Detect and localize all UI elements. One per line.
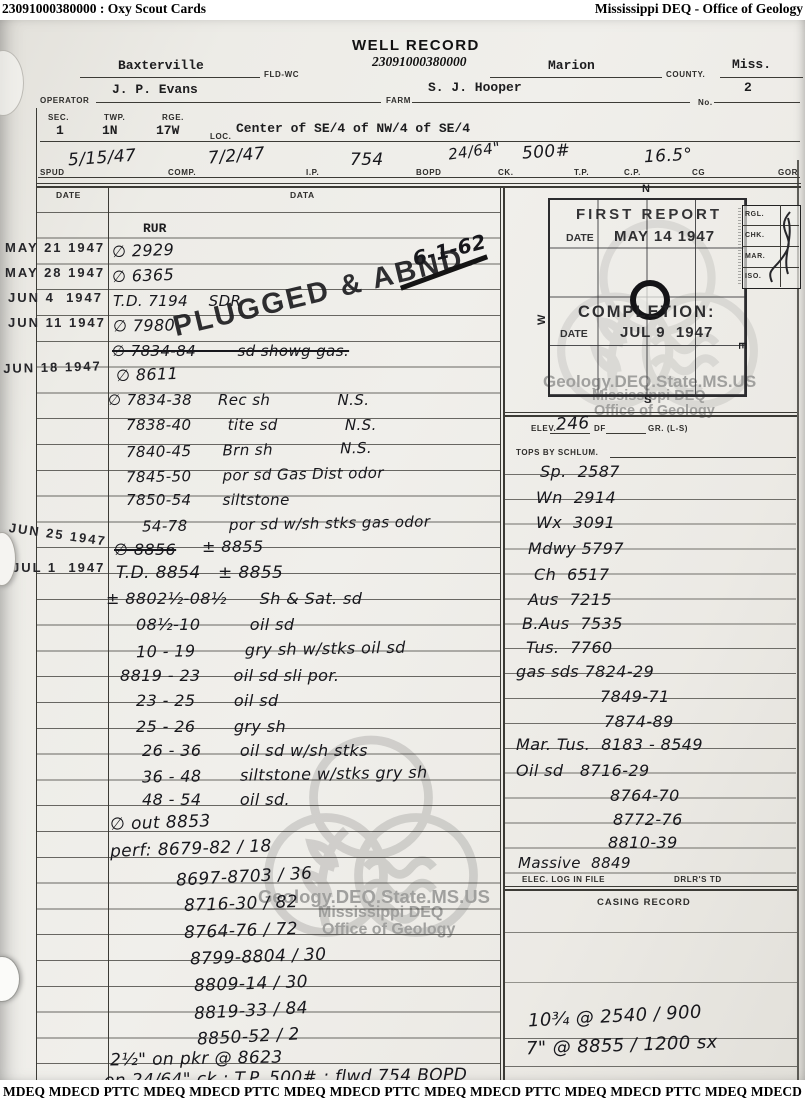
- bopd-value: 24/64": [447, 138, 502, 163]
- table-entry-struck: ∅ 8856: [114, 540, 176, 559]
- date-stamp: MAY 21 1947: [5, 240, 105, 255]
- scanned-well-record-page: 23091000380000 : Oxy Scout Cards Mississ…: [0, 0, 805, 1103]
- footer-token: PTTC: [244, 1084, 280, 1100]
- footer-token: MDEQ: [284, 1084, 326, 1100]
- footer-token: MDEQ: [705, 1084, 747, 1100]
- table-entry: ± 8855: [202, 537, 264, 556]
- drlrs-td-label: DRLR'S TD: [674, 875, 722, 884]
- sec-value: 1: [56, 123, 64, 138]
- no-underline: [714, 102, 800, 103]
- completion-stamp: COMPLETION:: [578, 303, 716, 322]
- table-entry: 2½" on pkr @ 8623: [110, 1047, 283, 1070]
- rge-label: RGE.: [162, 113, 184, 122]
- table-entry: 23 - 25 oil sd: [136, 691, 279, 710]
- scan-header-bar: 23091000380000 : Oxy Scout Cards Mississ…: [0, 0, 805, 20]
- tops-underline: [610, 457, 796, 458]
- gr-label: GR. (L-S): [648, 424, 688, 433]
- elev-section-border-2: [505, 415, 797, 417]
- footer-token: MDEQ: [424, 1084, 466, 1100]
- comp-value: 7/2/47: [207, 144, 266, 169]
- footer-token: MDECD: [49, 1084, 100, 1100]
- elev-section-border-1: [505, 412, 797, 413]
- table-entry: ± 8802½-08½ Sh & Sat. sd: [106, 589, 362, 608]
- spud-value: 5/15/47: [67, 146, 137, 171]
- table-entry: ∅ 7834-38 Rec sh N.S.: [108, 391, 369, 409]
- field-label: FLD-WC: [264, 70, 299, 79]
- state-value: Miss.: [732, 57, 771, 72]
- cp-value: 16.5°: [644, 145, 693, 168]
- completion-date: JUL 9 1947: [620, 324, 713, 341]
- formation-top: 7874-89: [604, 712, 674, 731]
- hole-punch-small: [0, 532, 16, 586]
- well-number: 23091000380000: [372, 54, 467, 70]
- county-label: COUNTY.: [666, 70, 705, 79]
- loc-value: Center of SE/4 of NW/4 of SE/4: [236, 121, 470, 136]
- table-entry: 8819 - 23 oil sd sli por.: [120, 666, 339, 685]
- table-entry: RUR: [143, 221, 166, 236]
- footer-token: PTTC: [525, 1084, 561, 1100]
- formation-top: Mar. Tus. 8183 - 8549: [516, 735, 703, 754]
- first-report-stamp: FIRST REPORT: [576, 206, 722, 223]
- check-box-microtext: [738, 208, 741, 284]
- table-top-border-1: [36, 183, 801, 184]
- footer-token: PTTC: [104, 1084, 140, 1100]
- check-box-signature: [758, 208, 800, 288]
- casing-entry: 7" @ 8855 / 1200 sx: [526, 1032, 718, 1060]
- first-report-date-label: DATE: [566, 232, 594, 244]
- twp-value: 1N: [102, 123, 118, 138]
- page-curl: [0, 50, 24, 116]
- card-title: WELL RECORD: [352, 37, 480, 54]
- formation-top: 7849-71: [600, 687, 670, 706]
- table-entry: ∅ out 8853: [110, 811, 211, 835]
- table-entry: 7838-40 tite sd N.S.: [126, 416, 377, 434]
- field-value: Baxterville: [118, 58, 204, 73]
- footer-token: MDEQ: [3, 1084, 45, 1100]
- hole-punch: [0, 956, 20, 1002]
- cg-label: CG: [692, 168, 705, 177]
- farm-label: FARM: [386, 96, 411, 105]
- elev-value: 246: [555, 413, 590, 435]
- df-label: DF: [594, 424, 606, 433]
- ip-value: 754: [350, 150, 384, 170]
- well-no-label: No.: [698, 98, 713, 107]
- formation-top: Massive 8849: [518, 854, 631, 872]
- field-underline: [80, 77, 260, 78]
- compass-south-label: S: [644, 394, 651, 406]
- table-entry: 08½-10 oil sd: [136, 615, 294, 634]
- footer-token: MDECD: [751, 1084, 802, 1100]
- scan-footer-bar: MDEQ MDECD PTTC MDEQ MDECD PTTC MDEQ MDE…: [0, 1080, 805, 1103]
- sec-label: SEC.: [48, 113, 69, 122]
- formation-top: 8772-76: [613, 810, 683, 829]
- cp-label: C.P.: [624, 168, 641, 177]
- stats-underline: [38, 177, 800, 178]
- footer-token: PTTC: [384, 1084, 420, 1100]
- formation-top: B.Aus 7535: [522, 614, 623, 633]
- bopd-label: BOPD: [416, 168, 442, 177]
- loc-label: LOC.: [210, 132, 232, 141]
- date-stamp: JUL 1 1947: [12, 560, 105, 575]
- date-stamp: JUN 11 1947: [8, 315, 106, 330]
- compass-east-label: E: [736, 342, 748, 349]
- formation-top: Wn 2914: [536, 488, 616, 507]
- tp-label: T.P.: [574, 168, 589, 177]
- df-underline: [606, 433, 646, 434]
- date-stamp: MAY 28 1947: [5, 265, 105, 280]
- table-entry: 7850-54 siltstone: [126, 491, 290, 509]
- table-entry: 25 - 26 gry sh: [136, 717, 286, 736]
- watermark-office-top: Office of Geology: [594, 403, 715, 419]
- table-entry: 8809-14 / 30: [194, 972, 309, 996]
- elev-label: ELEV.: [531, 424, 556, 433]
- formation-top: Mdwy 5797: [528, 539, 624, 558]
- formation-top: Aus 7215: [528, 590, 612, 609]
- comp-label: COMP.: [168, 168, 196, 177]
- county-value: Marion: [548, 58, 595, 73]
- casing-rule: [505, 982, 797, 983]
- elec-log-border-2: [505, 889, 797, 891]
- gor-label: GOR: [778, 168, 798, 177]
- compass-north-label: N: [642, 183, 650, 195]
- rge-value: 17W: [156, 123, 179, 138]
- date-stamp: JUN 18 1947: [3, 358, 102, 376]
- scan-id-title: 23091000380000 : Oxy Scout Cards: [2, 1, 206, 17]
- casing-rule: [505, 932, 797, 933]
- footer-token: MDECD: [330, 1084, 381, 1100]
- table-entry: T.D. 8854 ± 8855: [116, 563, 283, 583]
- well-record-card: Geology.DEQ.State.MS.US Mississippi DEQ …: [0, 20, 805, 1080]
- operator-value: J. P. Evans: [112, 82, 198, 97]
- farm-value: S. J. Hooper: [428, 80, 522, 95]
- table-entry: 48 - 54 oil sd.: [142, 790, 290, 809]
- first-report-date: MAY 14 1947: [614, 228, 715, 245]
- table-entry: ∅ 6365: [112, 265, 175, 286]
- ck-label: CK.: [498, 168, 514, 177]
- formation-top: Wx 3091: [536, 513, 615, 532]
- formation-top: Ch 6517: [534, 565, 609, 584]
- ip-label: I.P.: [306, 168, 319, 177]
- spud-label: SPUD: [40, 168, 65, 177]
- date-column-header: DATE: [56, 190, 81, 200]
- formation-top: Tus. 7760: [526, 638, 613, 657]
- casing-record-header: CASING RECORD: [597, 897, 691, 908]
- operator-label: OPERATOR: [40, 96, 89, 105]
- scan-source-title: Mississippi DEQ - Office of Geology: [595, 1, 803, 17]
- county-underline: [490, 77, 662, 78]
- completion-date-label: DATE: [560, 328, 588, 340]
- footer-token: MDECD: [470, 1084, 521, 1100]
- footer-token: MDECD: [610, 1084, 661, 1100]
- footer-token: MDEQ: [565, 1084, 607, 1100]
- table-entry-struck: ∅ 7834-84 sd showg gas.: [112, 342, 349, 360]
- footer-token: PTTC: [665, 1084, 701, 1100]
- ck-value: 500#: [521, 140, 571, 163]
- elec-log-label: ELEC. LOG IN FILE: [522, 875, 605, 884]
- loc-underline: [40, 141, 800, 142]
- table-entry: 8716-30 / 82: [184, 892, 299, 916]
- date-stamp: JUN 4 1947: [8, 290, 103, 305]
- table-entry: 26 - 36 oil sd w/sh stks: [142, 741, 368, 760]
- table-entry: ∅ 8611: [116, 364, 179, 385]
- table-entry: ∅ 2929: [112, 240, 175, 261]
- card-right-border: [797, 160, 799, 1080]
- casing-entry: 10¾ @ 2540 / 900: [528, 1001, 703, 1031]
- table-entry: 8764-76 / 72: [184, 919, 299, 943]
- data-column-header: DATA: [290, 190, 315, 200]
- formation-top: Sp. 2587: [540, 462, 620, 481]
- tops-by-schlum-label: TOPS BY SCHLUM.: [516, 448, 599, 457]
- state-underline: [720, 77, 803, 78]
- compass-west-label: W: [536, 315, 548, 325]
- elev-underline: [550, 433, 590, 434]
- well-no-value: 2: [744, 80, 752, 95]
- elec-log-border-1: [505, 886, 797, 887]
- table-entry: ∅ 7980: [113, 315, 175, 335]
- farm-underline: [412, 102, 690, 103]
- formation-top: 8764-70: [610, 786, 680, 805]
- formation-top: Oil sd 8716-29: [516, 761, 650, 780]
- formation-top: 8810-39: [608, 833, 678, 852]
- footer-token: MDEQ: [143, 1084, 185, 1100]
- casing-rule: [505, 1066, 797, 1067]
- operator-underline: [96, 102, 381, 103]
- twp-label: TWP.: [104, 113, 125, 122]
- footer-token: MDECD: [189, 1084, 240, 1100]
- formation-top: gas sds 7824-29: [516, 662, 654, 681]
